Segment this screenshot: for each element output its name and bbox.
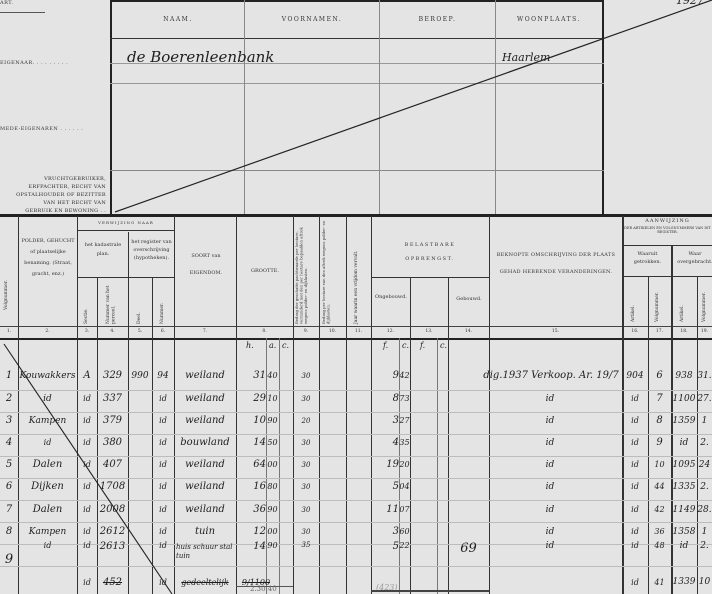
table-top-border xyxy=(0,214,712,217)
col-number: 8. xyxy=(236,329,293,334)
waaruit-header: Waaruit getrokken. xyxy=(624,250,671,266)
col-number: 6. xyxy=(152,329,174,334)
col17-header: Volgnummer. xyxy=(655,282,665,322)
kadastrale-plan-header: het kadastrale plan. xyxy=(80,241,126,259)
cell-artikel-to: 1339 xyxy=(671,572,697,592)
verwijzing-header: VERWIJZING NAAR xyxy=(78,220,174,225)
cell-ongebouwd-c: 22 xyxy=(399,541,410,572)
col-number: 3. xyxy=(77,329,97,334)
col16-header: Artikel. xyxy=(631,282,636,322)
waar-header: Waar overgebracht. xyxy=(673,250,712,266)
header-number-rule xyxy=(0,326,712,327)
col-number: 17. xyxy=(648,329,671,334)
cell-artikel-from: id xyxy=(622,572,648,592)
col9-header: Bedrag der geschatte pachtwaarde per hec… xyxy=(295,220,317,324)
cell-ongebouwd-f: 5 xyxy=(371,541,399,572)
cell-volg-from: 48 xyxy=(648,541,671,572)
cell-artikel-from: id xyxy=(622,541,648,572)
unit-guilder: f. xyxy=(420,341,425,350)
col-number: 4. xyxy=(97,329,128,334)
unit-guilder: f. xyxy=(383,341,388,350)
col-number: 19. xyxy=(697,329,712,334)
cell-hectare: 14 xyxy=(236,541,266,572)
col10-header: Bedrag per hectare van den aftrek wegens… xyxy=(322,220,342,324)
col1-header: Volgnummer. xyxy=(4,240,9,310)
col7-header: SOORT van EIGENDOM. xyxy=(176,248,236,282)
col-number: 12. xyxy=(371,329,410,334)
col-number: 11. xyxy=(346,329,371,334)
col15-header: BEKNOPTE OMSCHRIJVING DER PLAATS GEHAD H… xyxy=(492,247,620,281)
unit-cent: c. xyxy=(440,341,447,350)
col5-header: Deel. xyxy=(137,296,142,324)
cell-volg-to: 2. xyxy=(697,541,712,572)
unit-hectare: h. xyxy=(246,341,254,350)
table-cancel-diagonal xyxy=(0,340,240,594)
belastbare-opbrengst-header: BELASTBARE OPBRENGST. xyxy=(380,238,480,266)
col-number: 16. xyxy=(622,329,648,334)
col4-header: Nummer van het perceel. xyxy=(106,282,120,324)
col-number: 1. xyxy=(0,329,18,334)
cell-pachtwaarde: 35 xyxy=(293,541,319,572)
unit-are: a. xyxy=(269,341,276,350)
cell-gebouwd: 69 xyxy=(448,541,489,572)
col-number: 5. xyxy=(128,329,152,334)
col6-header: Nummer. xyxy=(160,292,165,324)
col-number: 2. xyxy=(18,329,77,334)
cell-artikel-to: id xyxy=(671,541,697,572)
col-number: 15. xyxy=(489,329,622,334)
unit-cent: c. xyxy=(402,341,409,350)
total-rule xyxy=(371,590,489,592)
cell-omschrijving: id xyxy=(530,541,570,572)
col3-header: Sectie. xyxy=(84,294,89,324)
col-number: 10. xyxy=(319,329,346,334)
col-number: 14. xyxy=(448,329,489,334)
cancel-diagonal-line xyxy=(0,0,712,220)
col12-header: Ongebouwd. xyxy=(372,291,410,304)
col2-header: POLDER, GEHUCHT of plaatselijke benaming… xyxy=(19,236,77,280)
unit-centiare: c. xyxy=(282,341,289,350)
col-number: 18. xyxy=(671,329,697,334)
cell-are: 90 xyxy=(266,541,279,572)
register-header: het register van overschrijving (hypothe… xyxy=(129,238,174,262)
aanwijzing-header: AANWIJZING xyxy=(623,218,712,224)
cell-volg-from: 41 xyxy=(648,572,671,592)
col-number: 7. xyxy=(174,329,236,334)
col19-header: Volgnummer. xyxy=(702,282,712,322)
col-number: 9. xyxy=(293,329,319,334)
footnote-total: 2.30.40 xyxy=(250,585,277,593)
aanwijzing-sub-header: DER ARTIKELEN EN VOLGNUMMERS VAN DIT REG… xyxy=(623,226,712,235)
col14-header: Gebouwd. xyxy=(449,296,489,302)
col18-header: Artikel. xyxy=(680,282,685,322)
col8-header: GROOTTE. xyxy=(237,268,293,274)
col11-header: Jaar waarin een vrijdom vervalt. xyxy=(354,220,359,324)
cell-volg-to: 10 xyxy=(697,572,712,592)
col-number: 13. xyxy=(410,329,448,334)
